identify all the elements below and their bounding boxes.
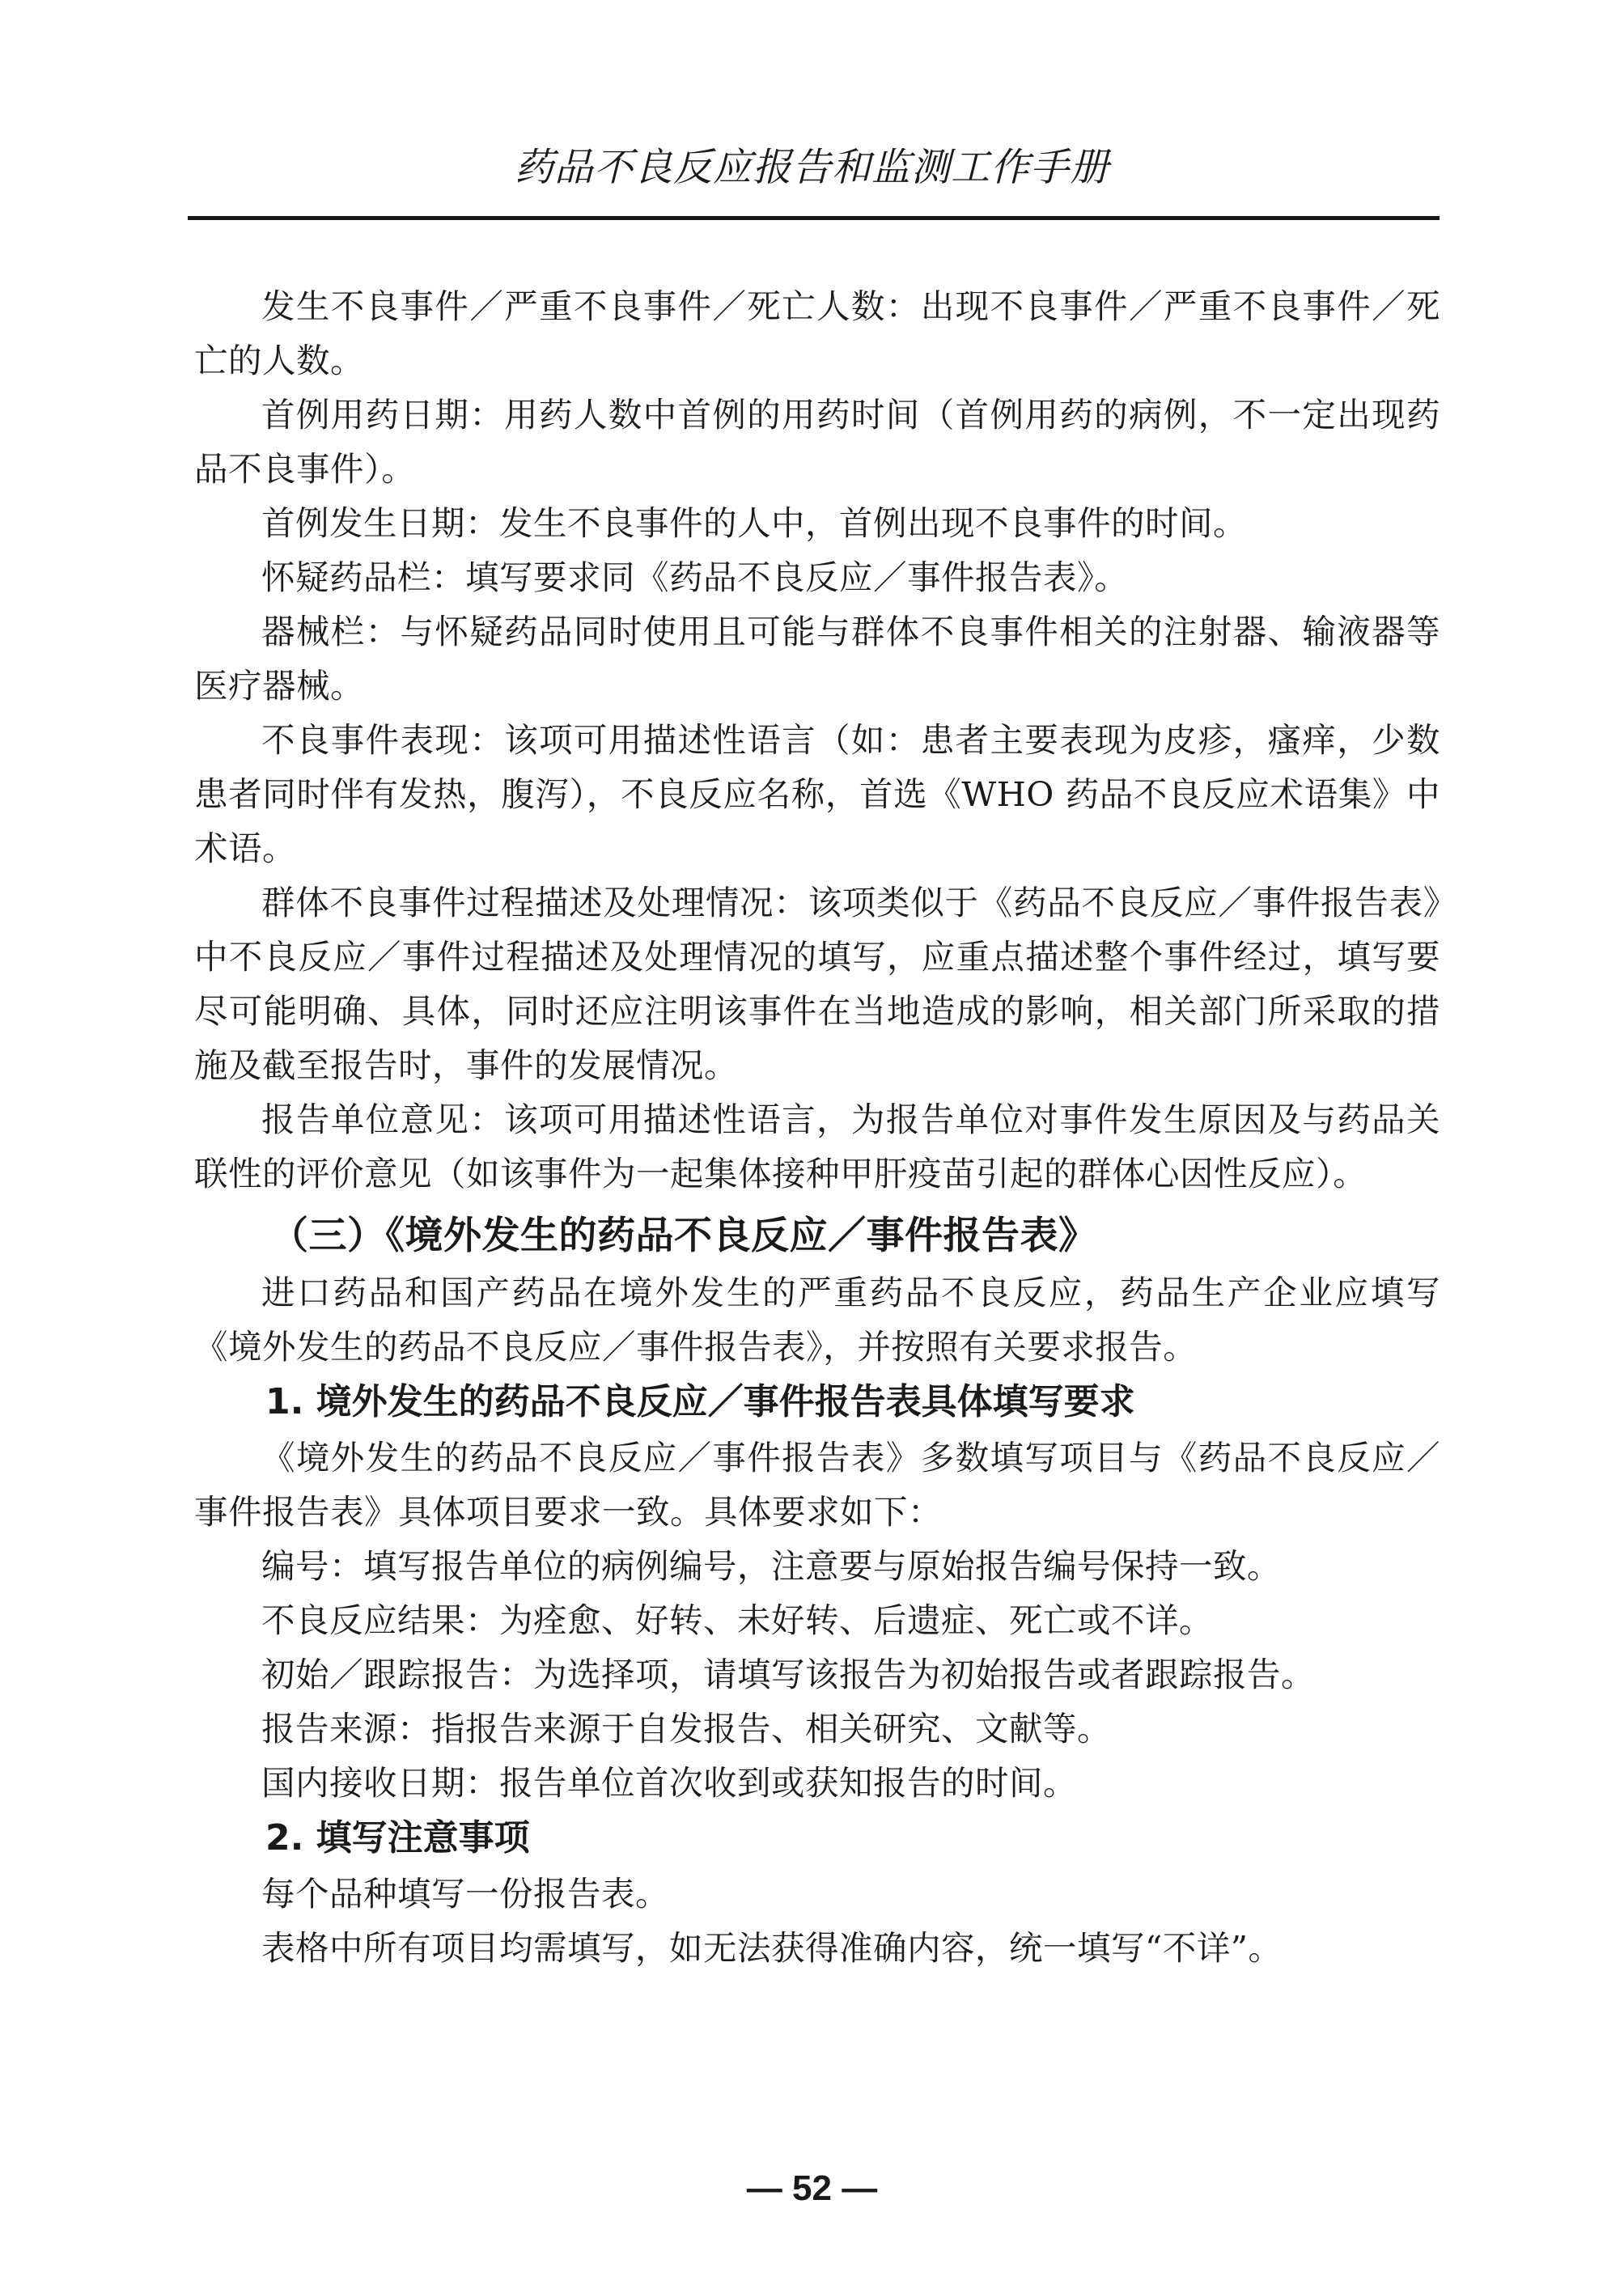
subheading-filling-requirements: 1. 境外发生的药品不良反应／事件报告表具体填写要求	[194, 1374, 1440, 1430]
paragraph-overseas-intro: 进口药品和国产药品在境外发生的严重药品不良反应，药品生产企业应填写《境外发生的药…	[194, 1265, 1440, 1374]
paragraph-one-form-per-product: 每个品种填写一份报告表。	[194, 1867, 1440, 1921]
paragraph-report-number: 编号：填写报告单位的病例编号，注意要与原始报告编号保持一致。	[194, 1539, 1440, 1593]
page-body: 发生不良事件／严重不良事件／死亡人数：出现不良事件／严重不良事件／死亡的人数。 …	[194, 279, 1440, 1975]
paragraph-report-source: 报告来源：指报告来源于自发报告、相关研究、文献等。	[194, 1702, 1440, 1756]
paragraph-requirements-intro: 《境外发生的药品不良反应／事件报告表》多数填写项目与《药品不良反应／事件报告表》…	[194, 1430, 1440, 1539]
header-divider	[188, 216, 1440, 220]
paragraph-first-medication-date: 首例用药日期：用药人数中首例的用药时间（首例用药的病例，不一定出现药品不良事件）…	[194, 388, 1440, 496]
paragraph-event-process: 群体不良事件过程描述及处理情况：该项类似于《药品不良反应／事件报告表》中不良反应…	[194, 875, 1440, 1092]
subheading-filling-notes: 2. 填写注意事项	[194, 1810, 1440, 1867]
section-heading-overseas-report: （三）《境外发生的药品不良反应／事件报告表》	[194, 1207, 1440, 1265]
paragraph-suspected-drug-column: 怀疑药品栏：填写要求同《药品不良反应／事件报告表》。	[194, 550, 1440, 604]
paragraph-all-fields-required: 表格中所有项目均需填写，如无法获得准确内容，统一填写“不详”。	[194, 1921, 1440, 1975]
page-number: — 52 —	[0, 2168, 1624, 2209]
paragraph-reaction-outcome: 不良反应结果：为痊愈、好转、未好转、后遗症、死亡或不详。	[194, 1593, 1440, 1647]
running-header: 药品不良反应报告和监测工作手册	[0, 136, 1624, 192]
paragraph-initial-followup: 初始／跟踪报告：为选择项，请填写该报告为初始报告或者跟踪报告。	[194, 1647, 1440, 1702]
paragraph-event-counts: 发生不良事件／严重不良事件／死亡人数：出现不良事件／严重不良事件／死亡的人数。	[194, 279, 1440, 388]
paragraph-first-occurrence-date: 首例发生日期：发生不良事件的人中，首例出现不良事件的时间。	[194, 496, 1440, 550]
paragraph-domestic-receipt-date: 国内接收日期：报告单位首次收到或获知报告的时间。	[194, 1756, 1440, 1810]
paragraph-device-column: 器械栏：与怀疑药品同时使用且可能与群体不良事件相关的注射器、输液器等医疗器械。	[194, 604, 1440, 713]
paragraph-reporter-opinion: 报告单位意见：该项可用描述性语言，为报告单位对事件发生原因及与药品关联性的评价意…	[194, 1092, 1440, 1201]
paragraph-event-manifestation: 不良事件表现：该项可用描述性语言（如：患者主要表现为皮疹，瘙痒，少数患者同时伴有…	[194, 713, 1440, 875]
